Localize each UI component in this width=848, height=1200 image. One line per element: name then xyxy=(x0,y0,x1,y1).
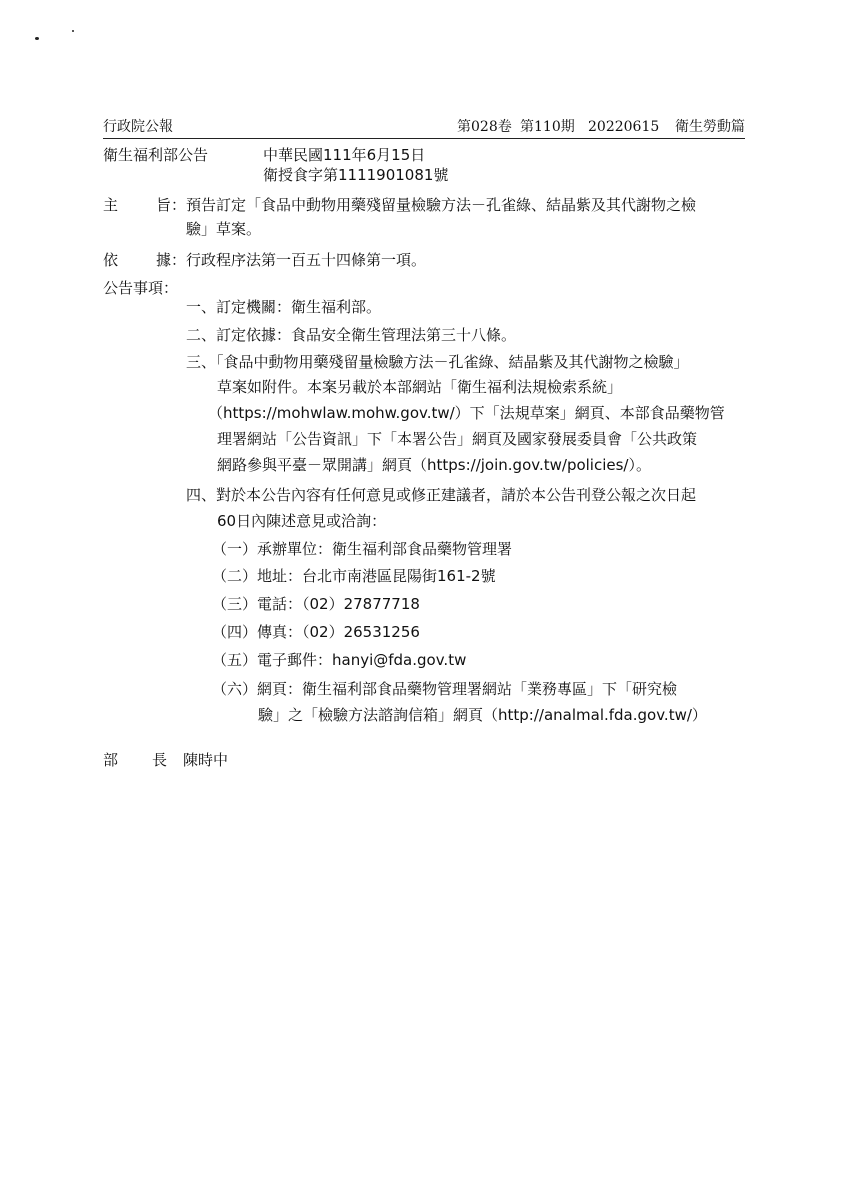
notice-date: 中華民國111年6月15日 xyxy=(263,145,425,165)
contact-item-2: （二）地址：台北市南港區昆陽街161-2號 xyxy=(212,566,496,586)
contact-item-4: （四）傳真：（02）26531256 xyxy=(212,622,420,642)
contact-item-3: （三）電話：（02）27877718 xyxy=(212,594,420,614)
scan-speck xyxy=(35,37,39,40)
matter-item-4-line1: 四、對於本公告內容有任何意見或修正建議者，請於本公告刊登公報之次日起 xyxy=(186,485,696,505)
signature-title-a: 部 xyxy=(103,750,118,770)
subject-label-b: 旨： xyxy=(156,195,186,215)
contact-item-5: （五）電子郵件：hanyi@fda.gov.tw xyxy=(212,650,466,670)
gazette-header: 行政院公報 第028卷 第110期 20220615 衛生勞動篇 xyxy=(103,118,745,139)
basis-label-b: 據： xyxy=(156,250,186,270)
matter-item-3-line4: 理署網站「公告資訊」下「本署公告」網頁及國家發展委員會「公共政策 xyxy=(217,429,697,449)
matter-item-1: 一、訂定機關：衛生福利部。 xyxy=(186,297,381,317)
signature-title-b: 長 xyxy=(152,750,167,770)
scan-speck xyxy=(72,30,74,32)
subject-text-line2: 驗」草案。 xyxy=(186,219,261,239)
notice-issuer: 衛生福利部公告 xyxy=(103,145,208,165)
contact-item-6-line1: （六）網頁：衛生福利部食品藥物管理署網站「業務專區」下「研究檢 xyxy=(212,679,677,699)
basis-label-a: 依 xyxy=(103,250,118,270)
matters-label: 公告事項： xyxy=(103,278,178,298)
matter-item-2: 二、訂定依據：食品安全衛生管理法第三十八條。 xyxy=(186,325,516,345)
matter-item-3-line3: （https://mohwlaw.mohw.gov.tw/）下「法規草案」網頁、… xyxy=(208,403,725,423)
contact-item-1: （一）承辦單位：衛生福利部食品藥物管理署 xyxy=(212,539,512,559)
section-name: 衛生勞動篇 xyxy=(675,118,745,136)
issue-number: 第110期 xyxy=(520,118,575,136)
basis-text: 行政程序法第一百五十四條第一項。 xyxy=(186,250,426,270)
matter-item-3-line2: 草案如附件。本案另載於本部網站「衛生福利法規檢索系統」 xyxy=(217,377,622,397)
matter-item-3-line5: 網路參與平臺－眾開講」網頁（https://join.gov.tw/polici… xyxy=(217,455,651,475)
matter-item-4-line2: 60日內陳述意見或洽詢： xyxy=(217,511,386,531)
notice-doc-number: 衛授食字第1111901081號 xyxy=(263,165,448,185)
signature-name: 陳時中 xyxy=(183,750,228,770)
subject-text-line1: 預告訂定「食品中動物用藥殘留量檢驗方法－孔雀綠、結晶紫及其代謝物之檢 xyxy=(186,195,696,215)
contact-item-6-line2: 驗」之「檢驗方法諮詢信箱」網頁（http://analmal.fda.gov.t… xyxy=(258,705,707,725)
volume-number: 第028卷 xyxy=(457,118,512,136)
publication-date: 20220615 xyxy=(588,118,659,136)
subject-label-a: 主 xyxy=(103,195,118,215)
publication-name: 行政院公報 xyxy=(103,118,173,136)
matter-item-3-line1: 三、「食品中動物用藥殘留量檢驗方法－孔雀綠、結晶紫及其代謝物之檢驗」 xyxy=(186,352,689,372)
